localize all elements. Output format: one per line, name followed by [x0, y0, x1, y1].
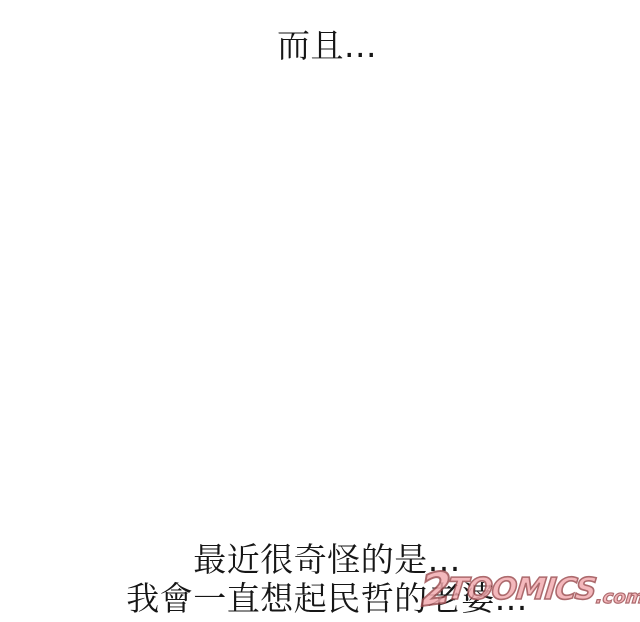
bottom-caption-line-2: 我會一直想起民哲的老婆... [7, 579, 640, 618]
bottom-caption-line-1: 最近很奇怪的是... [7, 540, 640, 579]
top-caption-text: 而且... [7, 28, 640, 64]
comic-panel: 而且... 最近很奇怪的是... 我會一直想起民哲的老婆... 2 TOOMIC… [0, 0, 640, 622]
bottom-caption-block: 最近很奇怪的是... 我會一直想起民哲的老婆... [7, 540, 640, 618]
